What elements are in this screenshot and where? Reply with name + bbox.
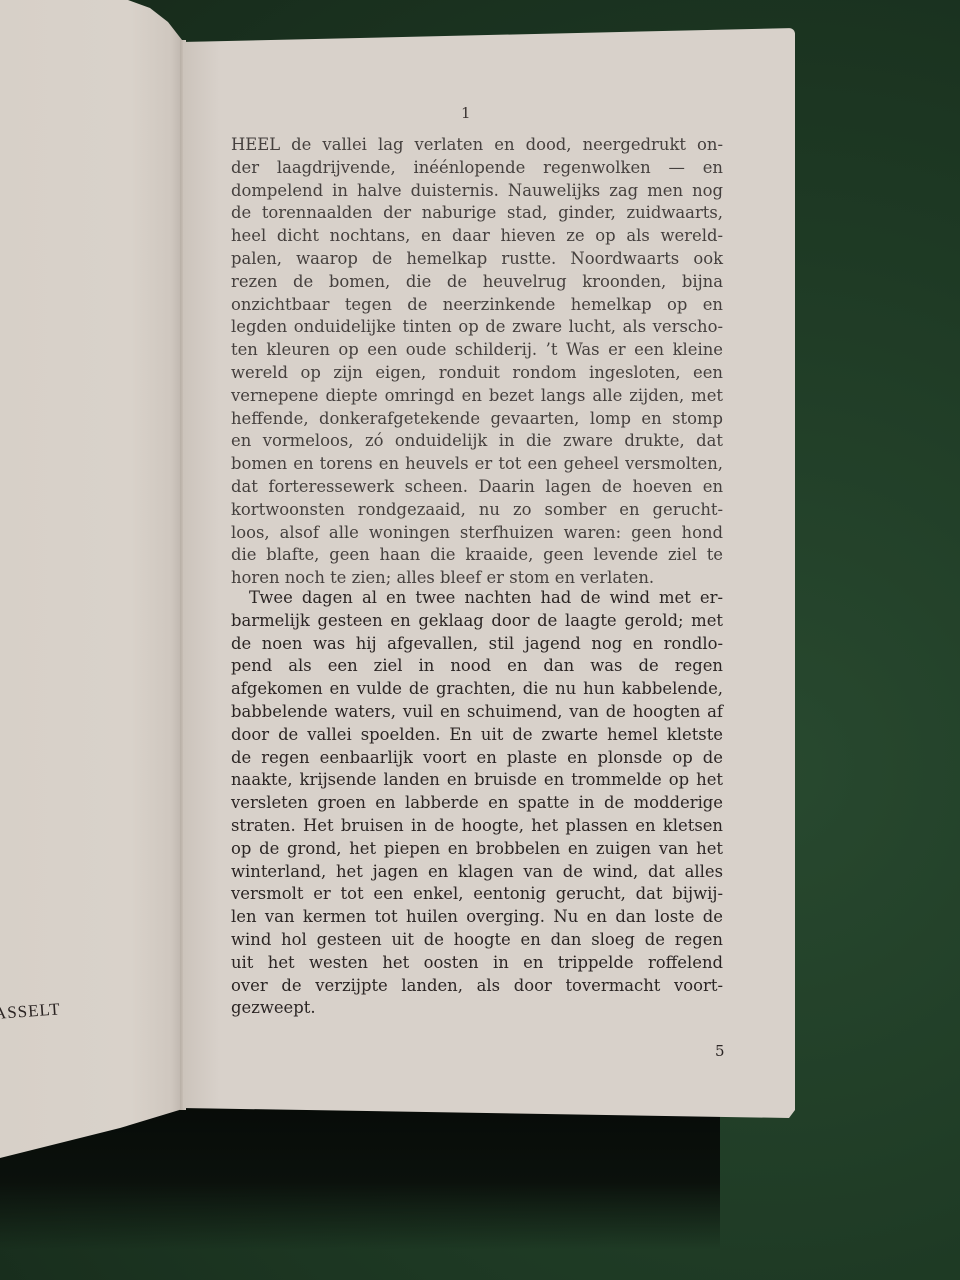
- text-line: babbelende waters, vuil en schuimend, va…: [231, 701, 723, 724]
- text-line: onzichtbaar tegen de neerzinkende hemelk…: [231, 294, 723, 317]
- text-line: de torennaalden der naburige stad, ginde…: [231, 202, 723, 225]
- text-line: der laagdrijvende, inéénlopende regenwol…: [231, 157, 723, 180]
- right-page: 1 HEEL de vallei lag verlaten en dood, n…: [183, 28, 795, 1120]
- text-line: gezweept.: [231, 997, 723, 1020]
- text-line: legden onduidelijke tinten op de zware l…: [231, 316, 723, 339]
- text-line: loos, alsof alle woningen sterfhuizen wa…: [231, 522, 723, 545]
- text-line: die blafte, geen haan die kraaide, geen …: [231, 544, 723, 567]
- text-line: op de grond, het piepen en brobbelen en …: [231, 838, 723, 861]
- text-line: ten kleuren op een oude schilderij. ’t W…: [231, 339, 723, 362]
- text-line: uit het westen het oosten in en trippeld…: [231, 952, 723, 975]
- text-line: kortwoonsten rondgezaaid, nu zo somber e…: [231, 499, 723, 522]
- text-line: afgekomen en vulde de grachten, die nu h…: [231, 678, 723, 701]
- text-line: wereld op zijn eigen, ronduit rondom ing…: [231, 362, 723, 385]
- text-line: versmolt er tot een enkel, eentonig geru…: [231, 883, 723, 906]
- text-line: de regen eenbaarlijk voort en plaste en …: [231, 747, 723, 770]
- text-line: naakte, krijsende landen en bruisde en t…: [231, 769, 723, 792]
- text-line: len van kermen tot huilen overging. Nu e…: [231, 906, 723, 929]
- text-line: barmelijk gesteen en geklaag door de laa…: [231, 610, 723, 633]
- text-line: dat forteressewerk scheen. Daarin lagen …: [231, 476, 723, 499]
- paragraph-2: Twee dagen al en twee nachten had de win…: [231, 587, 723, 1020]
- left-page-fragment-text: ASSELT: [0, 999, 61, 1024]
- text-line: palen, waarop de hemelkap rustte. Noordw…: [231, 248, 723, 271]
- text-line: winterland, het jagen en klagen van de w…: [231, 861, 723, 884]
- text-line: versleten groen en labberde en spatte in…: [231, 792, 723, 815]
- page-number: 5: [715, 1042, 725, 1060]
- text-line: bomen en torens en heuvels er tot een ge…: [231, 453, 723, 476]
- paragraph-1: HEEL de vallei lag verlaten en dood, nee…: [231, 134, 723, 590]
- left-page: ASSELT: [0, 0, 186, 1160]
- text-line: HEEL de vallei lag verlaten en dood, nee…: [231, 134, 723, 157]
- chapter-number: 1: [461, 104, 471, 122]
- text-line: dompelend in halve duisternis. Nauwelijk…: [231, 180, 723, 203]
- text-line: rezen de bomen, die de heuvelrug kroonde…: [231, 271, 723, 294]
- text-line: de noen was hij afgevallen, stil jagend …: [231, 633, 723, 656]
- text-line: pend als een ziel in nood en dan was de …: [231, 655, 723, 678]
- text-line: heel dicht nochtans, en daar hieven ze o…: [231, 225, 723, 248]
- text-line: door de vallei spoelden. En uit de zwart…: [231, 724, 723, 747]
- text-line: vernepene diepte omringd en bezet langs …: [231, 385, 723, 408]
- text-line: wind hol gesteen uit de hoogte en dan sl…: [231, 929, 723, 952]
- text-line: straten. Het bruisen in de hoogte, het p…: [231, 815, 723, 838]
- text-line: heffende, donkerafgetekende gevaarten, l…: [231, 408, 723, 431]
- text-line: en vormeloos, zó onduidelijk in die zwar…: [231, 430, 723, 453]
- text-line: Twee dagen al en twee nachten had de win…: [231, 587, 723, 610]
- text-line: over de verzijpte landen, als door tover…: [231, 975, 723, 998]
